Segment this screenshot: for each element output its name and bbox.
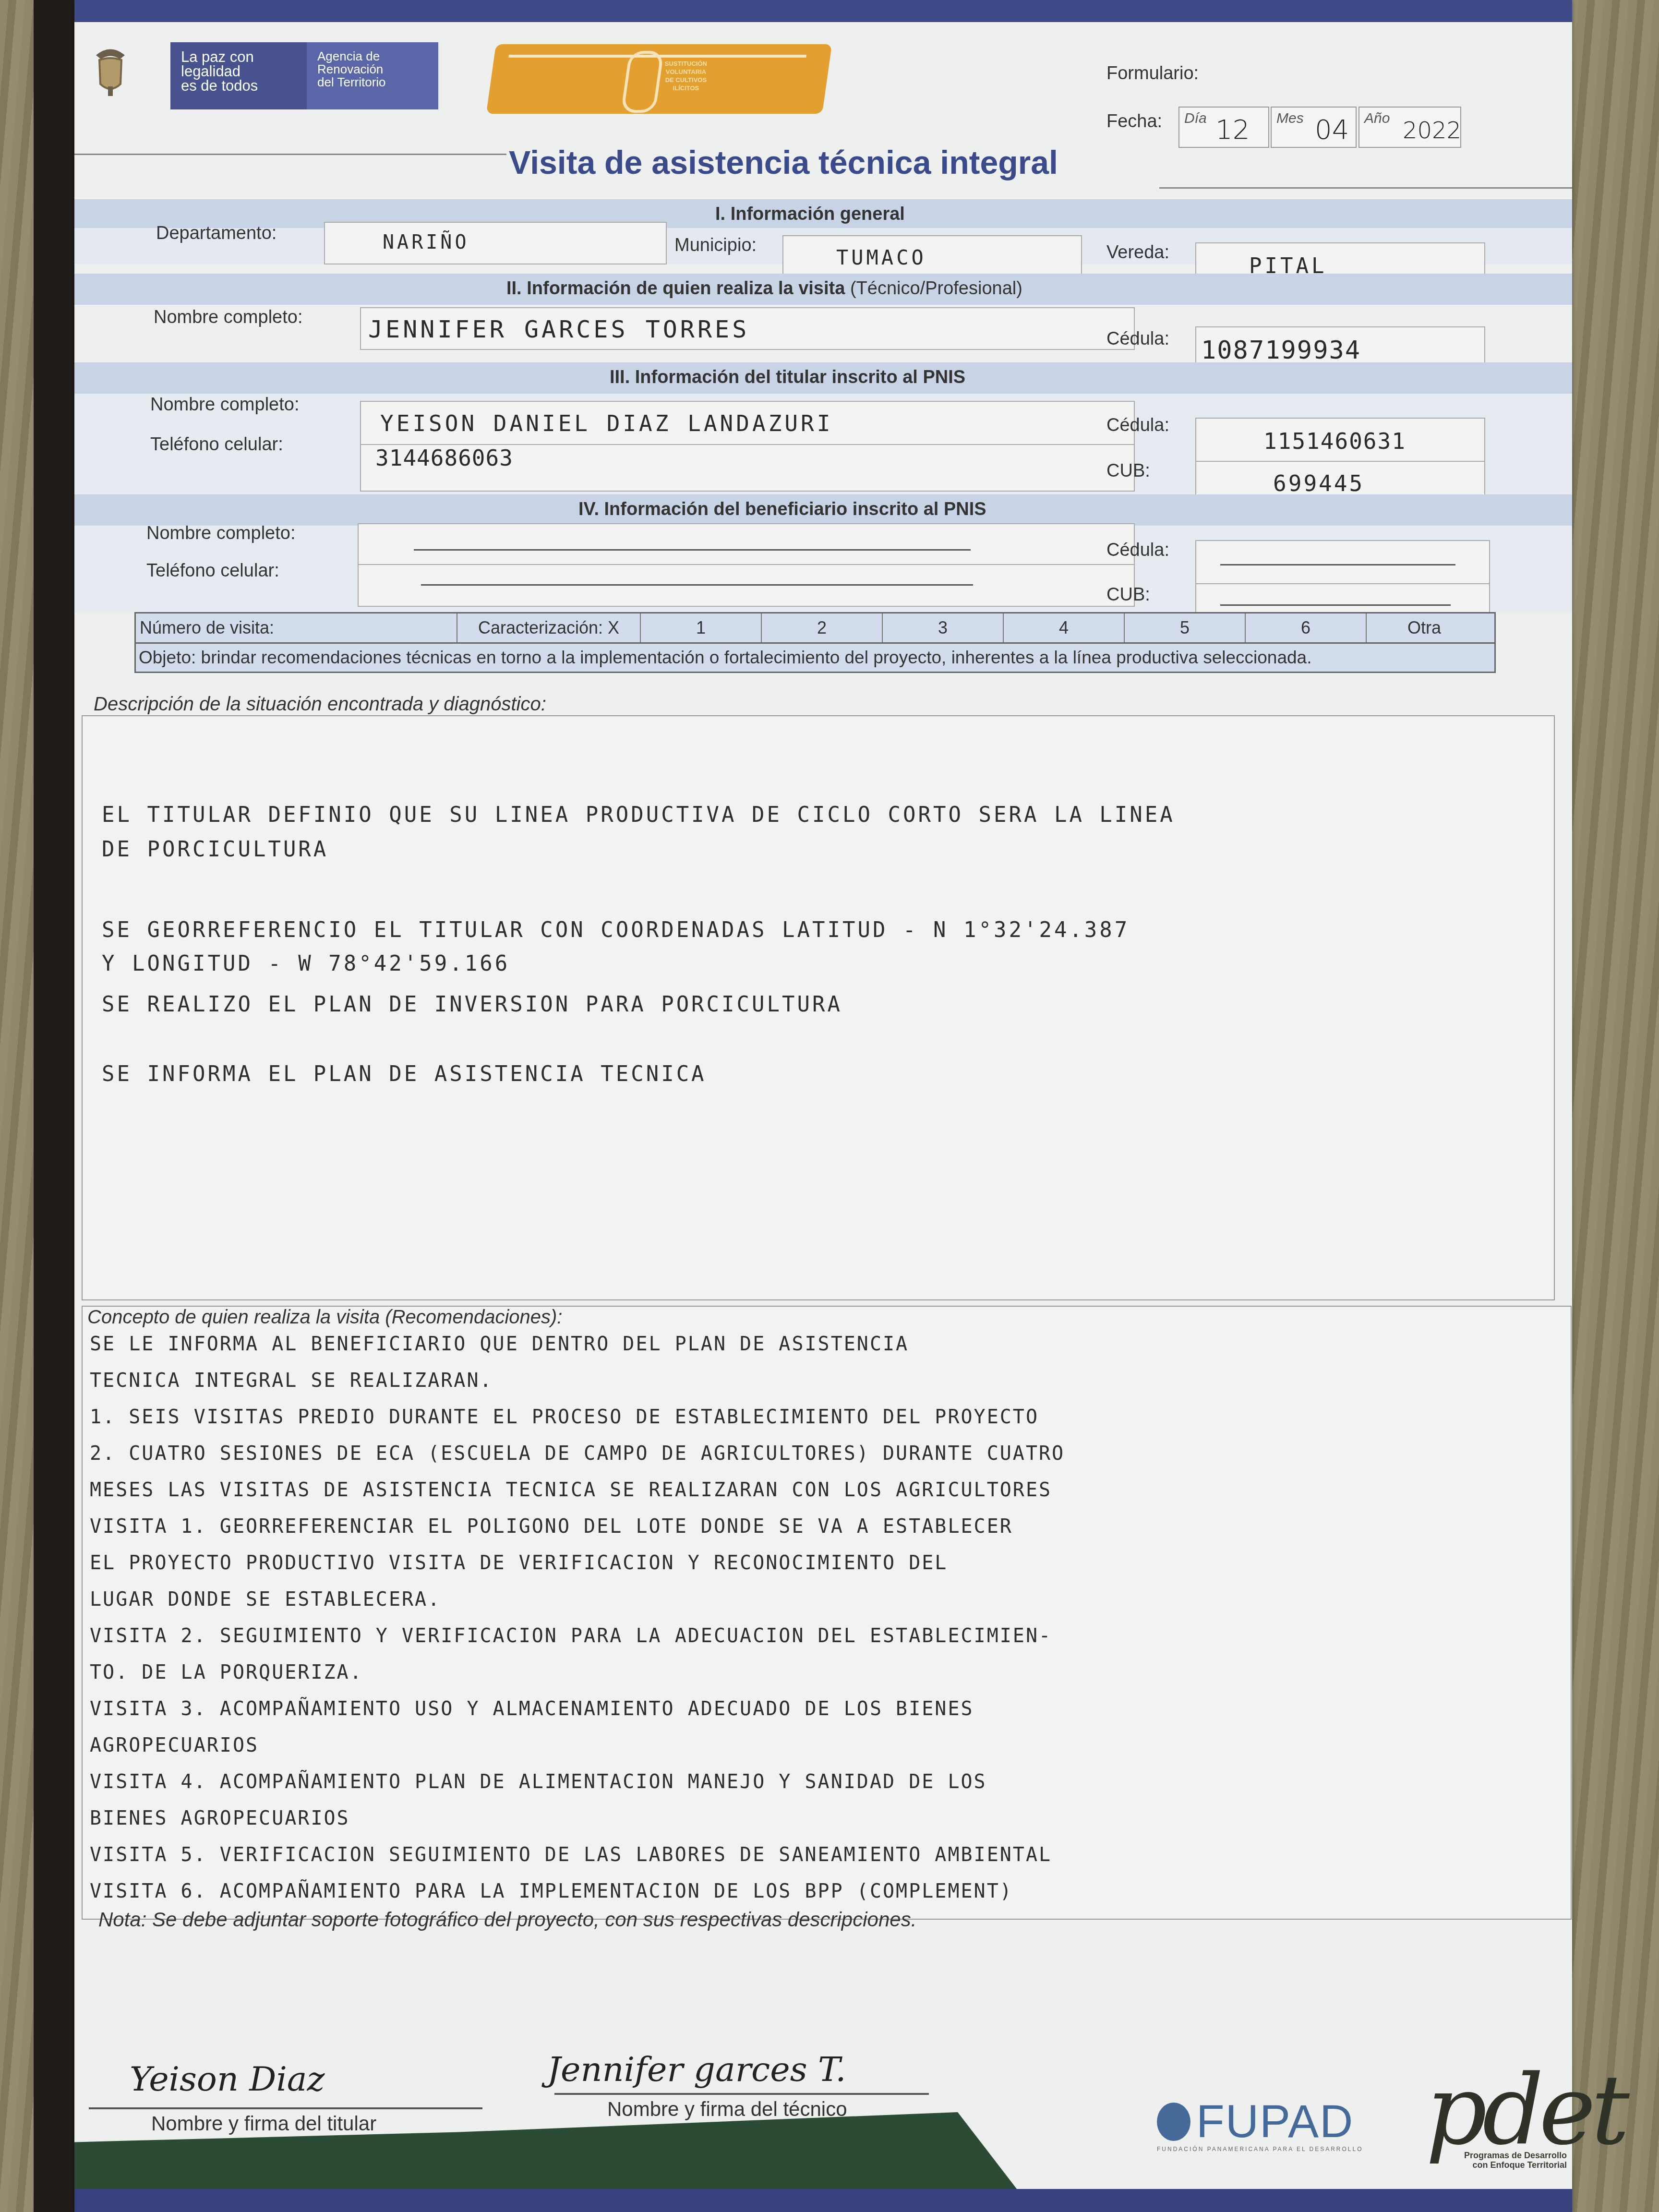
objeto-text: Objeto: brindar recomendaciones técnicas… [136, 644, 1494, 672]
formulario-label: Formulario: [1106, 63, 1199, 84]
date-month-field[interactable]: Mes 04 [1271, 107, 1357, 148]
descripcion-line: SE REALIZO EL PLAN DE INVERSION PARA POR… [102, 992, 842, 1017]
concepto-line: TO. DE LA PORQUERIZA. [90, 1661, 363, 1683]
gov-logo: La paz con legalidad es de todos Agencia… [170, 42, 438, 109]
pdet-logo: pdet [1426, 2055, 1625, 2166]
page-title: Visita de asistencia técnica integral [509, 144, 1058, 181]
visit-option-4[interactable]: 4 [1004, 613, 1125, 642]
descripcion-textarea[interactable]: EL TITULAR DEFINIO QUE SU LINEA PRODUCTI… [82, 715, 1555, 1300]
title-rule-right [1159, 187, 1572, 189]
descripcion-line: EL TITULAR DEFINIO QUE SU LINEA PRODUCTI… [102, 803, 1175, 827]
numero-visita-label: Número de visita: [136, 613, 457, 642]
fecha-label: Fecha: [1106, 111, 1162, 132]
concepto-line: TECNICA INTEGRAL SE REALIZARAN. [90, 1370, 493, 1392]
concepto-label: Concepto de quien realiza la visita (Rec… [87, 1307, 562, 1328]
form-sheet: La paz con legalidad es de todos Agencia… [74, 0, 1572, 2212]
visit-number-table: Número de visita: Caracterización: X 123… [134, 612, 1496, 673]
concepto-line: 2. CUATRO SESIONES DE ECA (ESCUELA DE CA… [90, 1443, 1065, 1465]
checked-mark: X [608, 618, 619, 638]
date-year-field[interactable]: Año 2022 [1358, 107, 1461, 148]
concepto-line: VISITA 2. SEGUIMIENTO Y VERIFICACION PAR… [90, 1625, 1052, 1647]
descripcion-label: Descripción de la situación encontrada y… [94, 694, 546, 715]
caracterizacion-option[interactable]: Caracterización: X [457, 613, 641, 642]
section-4-title: IV. Información del beneficiario inscrit… [578, 499, 986, 520]
visit-option-otra[interactable]: Otra [1367, 613, 1482, 642]
beneficiario-nombre-field[interactable] [358, 523, 1135, 566]
visit-option-6[interactable]: 6 [1246, 613, 1367, 642]
fupad-logo: FUPAD [1157, 2095, 1354, 2148]
concepto-textarea[interactable]: Concepto de quien realiza la visita (Rec… [82, 1306, 1572, 1920]
month-value: 04 [1315, 114, 1349, 145]
beneficiario-cedula-field[interactable] [1195, 540, 1490, 585]
section-2-title: II. Información de quien realiza la visi… [506, 278, 1022, 299]
tecnico-signature-caption: Nombre y firma del técnico [607, 2098, 847, 2121]
concepto-line: SE LE INFORMA AL BENEFICIARIO QUE DENTRO… [90, 1333, 909, 1355]
descripcion-line: DE PORCICULTURA [102, 837, 328, 862]
pdet-subtitle: Programas de Desarrollo con Enfoque Terr… [1464, 2151, 1567, 2170]
titular-signature-caption: Nombre y firma del titular [151, 2112, 376, 2135]
pnis-logo-text: SUSTITUCIÓN VOLUNTARIA DE CULTIVOS ILÍCI… [664, 60, 708, 92]
tecnico-nombre-field[interactable]: JENNIFER GARCES TORRES [360, 307, 1135, 350]
concepto-line: 1. SEIS VISITAS PREDIO DURANTE EL PROCES… [90, 1406, 1039, 1428]
signature-line [554, 2093, 929, 2095]
nota-text: Nota: Se debe adjuntar soporte fotográfi… [98, 1908, 916, 1931]
concepto-line: VISITA 5. VERIFICACION SEGUIMIENTO DE LA… [90, 1844, 1052, 1866]
visit-option-5[interactable]: 5 [1125, 613, 1246, 642]
concepto-line: MESES LAS VISITAS DE ASISTENCIA TECNICA … [90, 1479, 1052, 1501]
footer-blue-band [74, 2189, 1572, 2212]
section-3-title: III. Información del titular inscrito al… [610, 367, 965, 388]
date-day-field[interactable]: Día 12 [1178, 107, 1269, 148]
day-value: 12 [1215, 114, 1250, 145]
coat-of-arms-icon [94, 46, 127, 98]
titular-signature: Yeison Diaz [130, 2059, 325, 2099]
scroll-icon [621, 51, 664, 113]
descripcion-line: SE INFORMA EL PLAN DE ASISTENCIA TECNICA [102, 1062, 707, 1086]
section-1-title: I. Información general [715, 204, 905, 225]
titular-nombre-field[interactable]: YEISON DANIEL DIAZ LANDAZURI [360, 401, 1135, 446]
signature-line [89, 2107, 482, 2109]
titular-cedula-field[interactable]: 1151460631 [1195, 418, 1485, 463]
fupad-subtitle: FUNDACIÓN PANAMERICANA PARA EL DESARROLL… [1157, 2146, 1363, 2152]
visit-option-1[interactable]: 1 [641, 613, 762, 642]
descripcion-line: Y LONGITUD - W 78°42'59.166 [102, 951, 510, 976]
visit-option-2[interactable]: 2 [762, 613, 883, 642]
visit-number-row: Número de visita: Caracterización: X 123… [136, 613, 1494, 644]
titular-telefono-field[interactable]: 3144686063 [360, 444, 1135, 492]
concepto-line: AGROPECUARIOS [90, 1734, 259, 1756]
departamento-field[interactable]: NARIÑO [324, 222, 667, 264]
tecnico-signature: Jennifer garces T. [547, 2050, 846, 2089]
clipboard-edge [34, 0, 77, 2212]
municipio-field[interactable]: TUMACO [782, 235, 1082, 278]
descripcion-line: SE GEORREFERENCIO EL TITULAR CON COORDEN… [102, 918, 1130, 942]
globe-icon [1157, 2103, 1190, 2141]
concepto-line: EL PROYECTO PRODUCTIVO VISITA DE VERIFIC… [90, 1552, 948, 1574]
concepto-line: VISITA 1. GEORREFERENCIAR EL POLIGONO DE… [90, 1515, 1013, 1538]
concepto-line: VISITA 4. ACOMPAÑAMIENTO PLAN DE ALIMENT… [90, 1771, 987, 1793]
concepto-line: VISITA 3. ACOMPAÑAMIENTO USO Y ALMACENAM… [90, 1698, 974, 1720]
concepto-line: LUGAR DONDE SE ESTABLECERA. [90, 1588, 441, 1611]
pnis-logo: SUSTITUCIÓN VOLUNTARIA DE CULTIVOS ILÍCI… [486, 44, 832, 114]
concepto-line: VISITA 6. ACOMPAÑAMIENTO PARA LA IMPLEME… [90, 1880, 1013, 1902]
top-band [74, 0, 1572, 22]
gov-slogan: La paz con legalidad es de todos [170, 42, 307, 109]
agency-name: Agencia de Renovación del Territorio [307, 42, 438, 109]
concepto-line: BIENES AGROPECUARIOS [90, 1807, 350, 1829]
beneficiario-telefono-field[interactable] [358, 564, 1135, 607]
title-rule-left [74, 154, 506, 155]
visit-option-3[interactable]: 3 [883, 613, 1004, 642]
year-value: 2022 [1403, 117, 1461, 144]
